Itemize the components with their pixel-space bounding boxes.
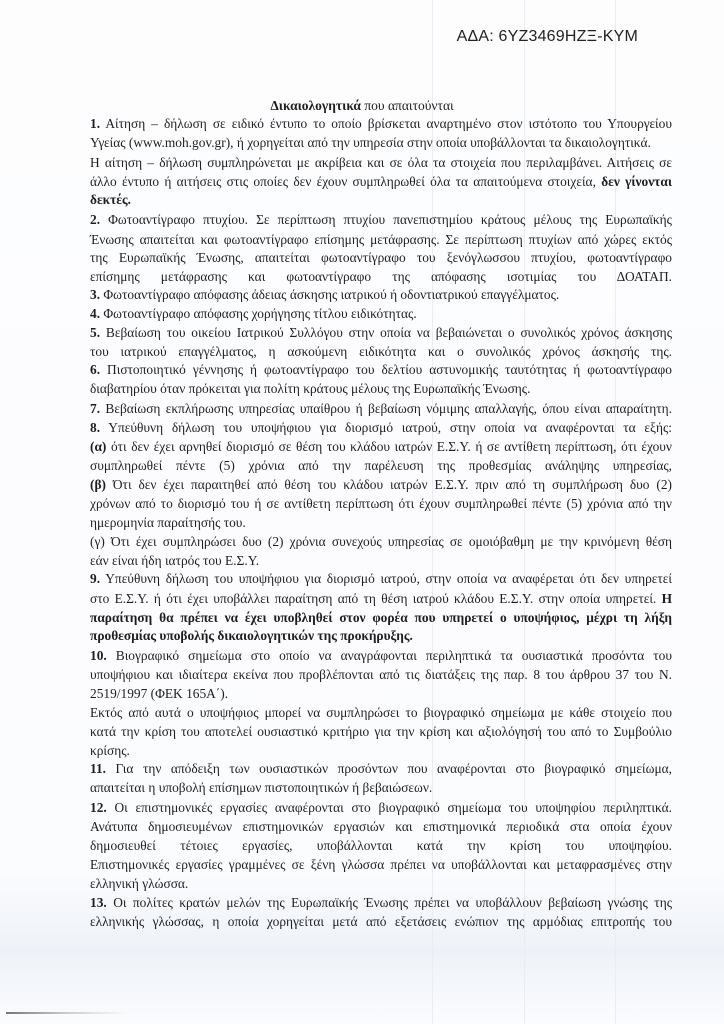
text-line: 7. Βεβαίωση εκπλήρωσης υπηρεσίας υπαίθρο… [90,400,672,418]
item-number: 8. [90,420,100,435]
text-line: 8. Υπεύθυνη δήλωση του υποψήφιου για διο… [90,419,672,437]
text-line: 10. Βιογραφικό σημείωμα στο οποίο να ανα… [90,647,672,665]
line-text: Υπεύθυνη δήλωση του υποψήφιου για διορισ… [100,571,672,586]
text-line: 2519/1997 (ΦΕΚ 165Α΄). [90,685,672,703]
text-line: κατά την κρίση του αποτελεί ουσιαστικό κ… [90,723,672,741]
text-line: απαιτείται η υποβολή επίσημων πιστοποιητ… [90,779,672,797]
title-rest: που απαιτούνται [361,98,454,113]
text-line: της Ευρωπαϊκής Ένωσης, απαιτείται φωτοαν… [90,249,672,267]
text-line: Υγείας (www.moh.gov.gr), ή χορηγείται απ… [90,134,672,152]
line-text: Πιστοποιητικό γέννησης ή φωτοαντίγραφο τ… [100,362,672,377]
item-number: 2. [90,212,100,227]
line-text: Βεβαίωση εκπλήρωσης υπηρεσίας υπαίθρου ή… [100,401,672,416]
text-line: κρίσης. [90,742,672,760]
text-line: 1. Αίτηση – δήλωση σε ειδικό έντυπο το ο… [90,115,672,133]
item-number: (β) [90,477,106,492]
text-line: Εκτός από αυτά ο υποψήφιος μπορεί να συμ… [90,704,672,722]
text-line: Η αίτηση – δήλωση συμπληρώνεται με ακρίβ… [90,154,672,172]
item-number: 12. [90,800,107,815]
line-text: κατά την κρίση του αποτελεί ουσιαστικό κ… [90,724,672,739]
text-line: άλλο έντυπο ή αιτήσεις στις οποίες δεν έ… [90,173,672,191]
item-number: 3. [90,287,100,302]
item-number: 1. [90,116,100,131]
emphasis-text: δεκτές. [90,192,131,207]
line-text: ημερομηνία παραίτησής του. [90,515,246,530]
text-line: επίσημης μετάφρασης και φωτοαντίγραφο τη… [90,268,672,286]
line-text: δημοσιευθεί τέτοιες εργασίες, υποβάλλοντ… [90,838,672,853]
line-text: Βιογραφικό σημείωμα στο οποίο να αναγράφ… [107,648,672,663]
line-text: (γ) Ότι έχει συμπληρώσει δυο (2) χρόνια … [90,534,672,549]
text-line: 4. Φωτοαντίγραφο απόφασης χορήγησης τίτλ… [90,305,672,323]
text-line: υποψήφιου και ιδιαίτερα εκείνα που προβλ… [90,666,672,684]
text-line: 11. Για την απόδειξη των ουσιαστικών προ… [90,760,672,778]
line-text: ελληνική γλώσσα. [90,876,188,891]
item-number: 4. [90,306,100,321]
emphasis-text: Η [656,591,672,606]
title-bold: Δικαιολογητικά [270,98,361,113]
item-number: 7. [90,401,100,416]
line-text: στο Ε.Σ.Υ. ή ότι έχει υποβάλλει παραίτησ… [90,591,656,606]
item-number: 13. [90,895,107,910]
line-text: Επιστημονικές εργασίες γραμμένες σε ξένη… [90,857,672,872]
line-text: Εκτός από αυτά ο υποψήφιος μπορεί να συμ… [90,705,672,720]
line-text: Φωτοαντίγραφο απόφασης χορήγησης τίτλου … [100,306,417,321]
text-line: 9. Υπεύθυνη δήλωση του υποψήφιου για διο… [90,570,672,588]
line-text: Αίτηση – δήλωση σε ειδικό έντυπο το οποί… [100,116,672,131]
text-line: δημοσιευθεί τέτοιες εργασίες, υποβάλλοντ… [90,837,672,855]
line-text: Ανάτυπα δημοσιευμένων επιστημονικών εργα… [90,819,672,834]
line-text: Φωτοαντίγραφο απόφασης άδειας άσκησης ια… [100,287,559,302]
text-line: 3. Φωτοαντίγραφο απόφασης άδειας άσκησης… [90,286,672,304]
line-text: χρόνων από το διορισμό του ή σε αντίθετη… [90,496,672,511]
line-text: της Ευρωπαϊκής Ένωσης, απαιτείται φωτοαν… [90,250,672,265]
text-line: 2. Φωτοαντίγραφο πτυχίου. Σε περίπτωση π… [90,211,672,229]
text-line: (β) Ότι δεν έχει παραιτηθεί από θέση του… [90,476,672,494]
text-line: διαβατηρίου όταν πρόκειται για πολίτη κρ… [90,380,672,398]
text-line: χρόνων από το διορισμό του ή σε αντίθετη… [90,495,672,513]
text-line: 5. Βεβαίωση του οικείου Ιατρικού Συλλόγο… [90,324,672,342]
text-line: του ιατρικού επαγγέλματος, η ασκούμενη ε… [90,343,672,361]
text-line: ελληνική γλώσσα. [90,875,672,893]
text-line: δεκτές. [90,191,672,209]
text-line: στο Ε.Σ.Υ. ή ότι έχει υποβάλλει παραίτησ… [90,590,672,608]
text-line: Επιστημονικές εργασίες γραμμένες σε ξένη… [90,856,672,874]
ada-code: ΑΔΑ: 6ΥΖ3469ΗΖΞ-ΚΥΜ [457,28,638,46]
line-text: Φωτοαντίγραφο πτυχίου. Σε περίπτωση πτυχ… [100,212,672,227]
text-line: παραίτηση θα πρέπει να έχει υποβληθεί στ… [90,609,672,627]
line-text: ελληνικής γλώσσας, η οποία χορηγείται με… [90,914,672,929]
text-line: (γ) Ότι έχει συμπληρώσει δυο (2) χρόνια … [90,533,672,551]
document-title: Δικαιολογητικά που απαιτούνται [0,98,724,114]
text-line: Ανάτυπα δημοσιευμένων επιστημονικών εργα… [90,818,672,836]
emphasis-text: παραίτηση θα πρέπει να έχει υποβληθεί στ… [90,610,672,625]
line-text: εάν είναι ήδη ιατρός του Ε.Σ.Υ. [90,553,259,568]
text-line: (α) ότι δεν έχει αρνηθεί διορισμό σε θέσ… [90,438,672,456]
line-text: του ιατρικού επαγγέλματος, η ασκούμενη ε… [90,344,672,359]
line-text: Η αίτηση – δήλωση συμπληρώνεται με ακρίβ… [90,155,672,170]
line-text: κρίσης. [90,743,130,758]
text-line: ελληνικής γλώσσας, η οποία χορηγείται με… [90,913,672,931]
line-text: απαιτείται η υποβολή επίσημων πιστοποιητ… [90,780,432,795]
text-line: προθεσμίας υποβολής δικαιολογητικών της … [90,627,672,645]
line-text: άλλο έντυπο ή αιτήσεις στις οποίες δεν έ… [90,174,596,189]
text-line: εάν είναι ήδη ιατρός του Ε.Σ.Υ. [90,552,672,570]
line-text: Υγείας (www.moh.gov.gr), ή χορηγείται απ… [90,135,651,150]
item-number: 10. [90,648,107,663]
text-line: 6. Πιστοποιητικό γέννησης ή φωτοαντίγραφ… [90,361,672,379]
line-text: συμπληρωθεί πέντε (5) χρόνια από την παρ… [90,458,672,473]
item-number: 6. [90,362,100,377]
item-number: 9. [90,571,100,586]
emphasis-text: προθεσμίας υποβολής δικαιολογητικών της … [90,628,413,643]
line-text: υποψήφιου και ιδιαίτερα εκείνα που προβλ… [90,667,672,682]
line-text: επίσημης μετάφρασης και φωτοαντίγραφο τη… [90,269,672,284]
text-line: 12. Οι επιστημονικές εργασίες αναφέροντα… [90,799,672,817]
line-text: Ότι δεν έχει παραιτηθεί από θέση του κλά… [106,477,672,492]
text-line: συμπληρωθεί πέντε (5) χρόνια από την παρ… [90,457,672,475]
line-text: Υπεύθυνη δήλωση του υποψήφιου για διορισ… [100,420,672,435]
line-text: 2519/1997 (ΦΕΚ 165Α΄). [90,686,228,701]
text-line: Ένωσης απαιτείται και φωτοαντίγραφο επίσ… [90,231,672,249]
emphasis-text: δεν γίνονται [596,174,672,189]
scanned-page: ΑΔΑ: 6ΥΖ3469ΗΖΞ-ΚΥΜ Δικαιολογητικά που α… [0,0,724,1024]
text-line: ημερομηνία παραίτησής του. [90,514,672,532]
line-text: διαβατηρίου όταν πρόκειται για πολίτη κρ… [90,381,530,396]
line-text: Οι επιστημονικές εργασίες αναφέρονται στ… [107,800,672,815]
line-text: Βεβαίωση του οικείου Ιατρικού Συλλόγου σ… [100,325,672,340]
item-number: (α) [90,439,106,454]
item-number: 11. [90,761,106,776]
text-line: 13. Οι πολίτες κρατών μελών της Ευρωπαϊκ… [90,894,672,912]
scan-edge-mark [6,1012,126,1014]
line-text: Για την απόδειξη των ουσιαστικών προσόντ… [106,761,672,776]
line-text: ότι δεν έχει αρνηθεί διορισμό σε θέση το… [106,439,672,454]
line-text: Οι πολίτες κρατών μελών της Ευρωπαϊκής Έ… [107,895,672,910]
item-number: 5. [90,325,100,340]
line-text: Ένωσης απαιτείται και φωτοαντίγραφο επίσ… [90,232,672,247]
